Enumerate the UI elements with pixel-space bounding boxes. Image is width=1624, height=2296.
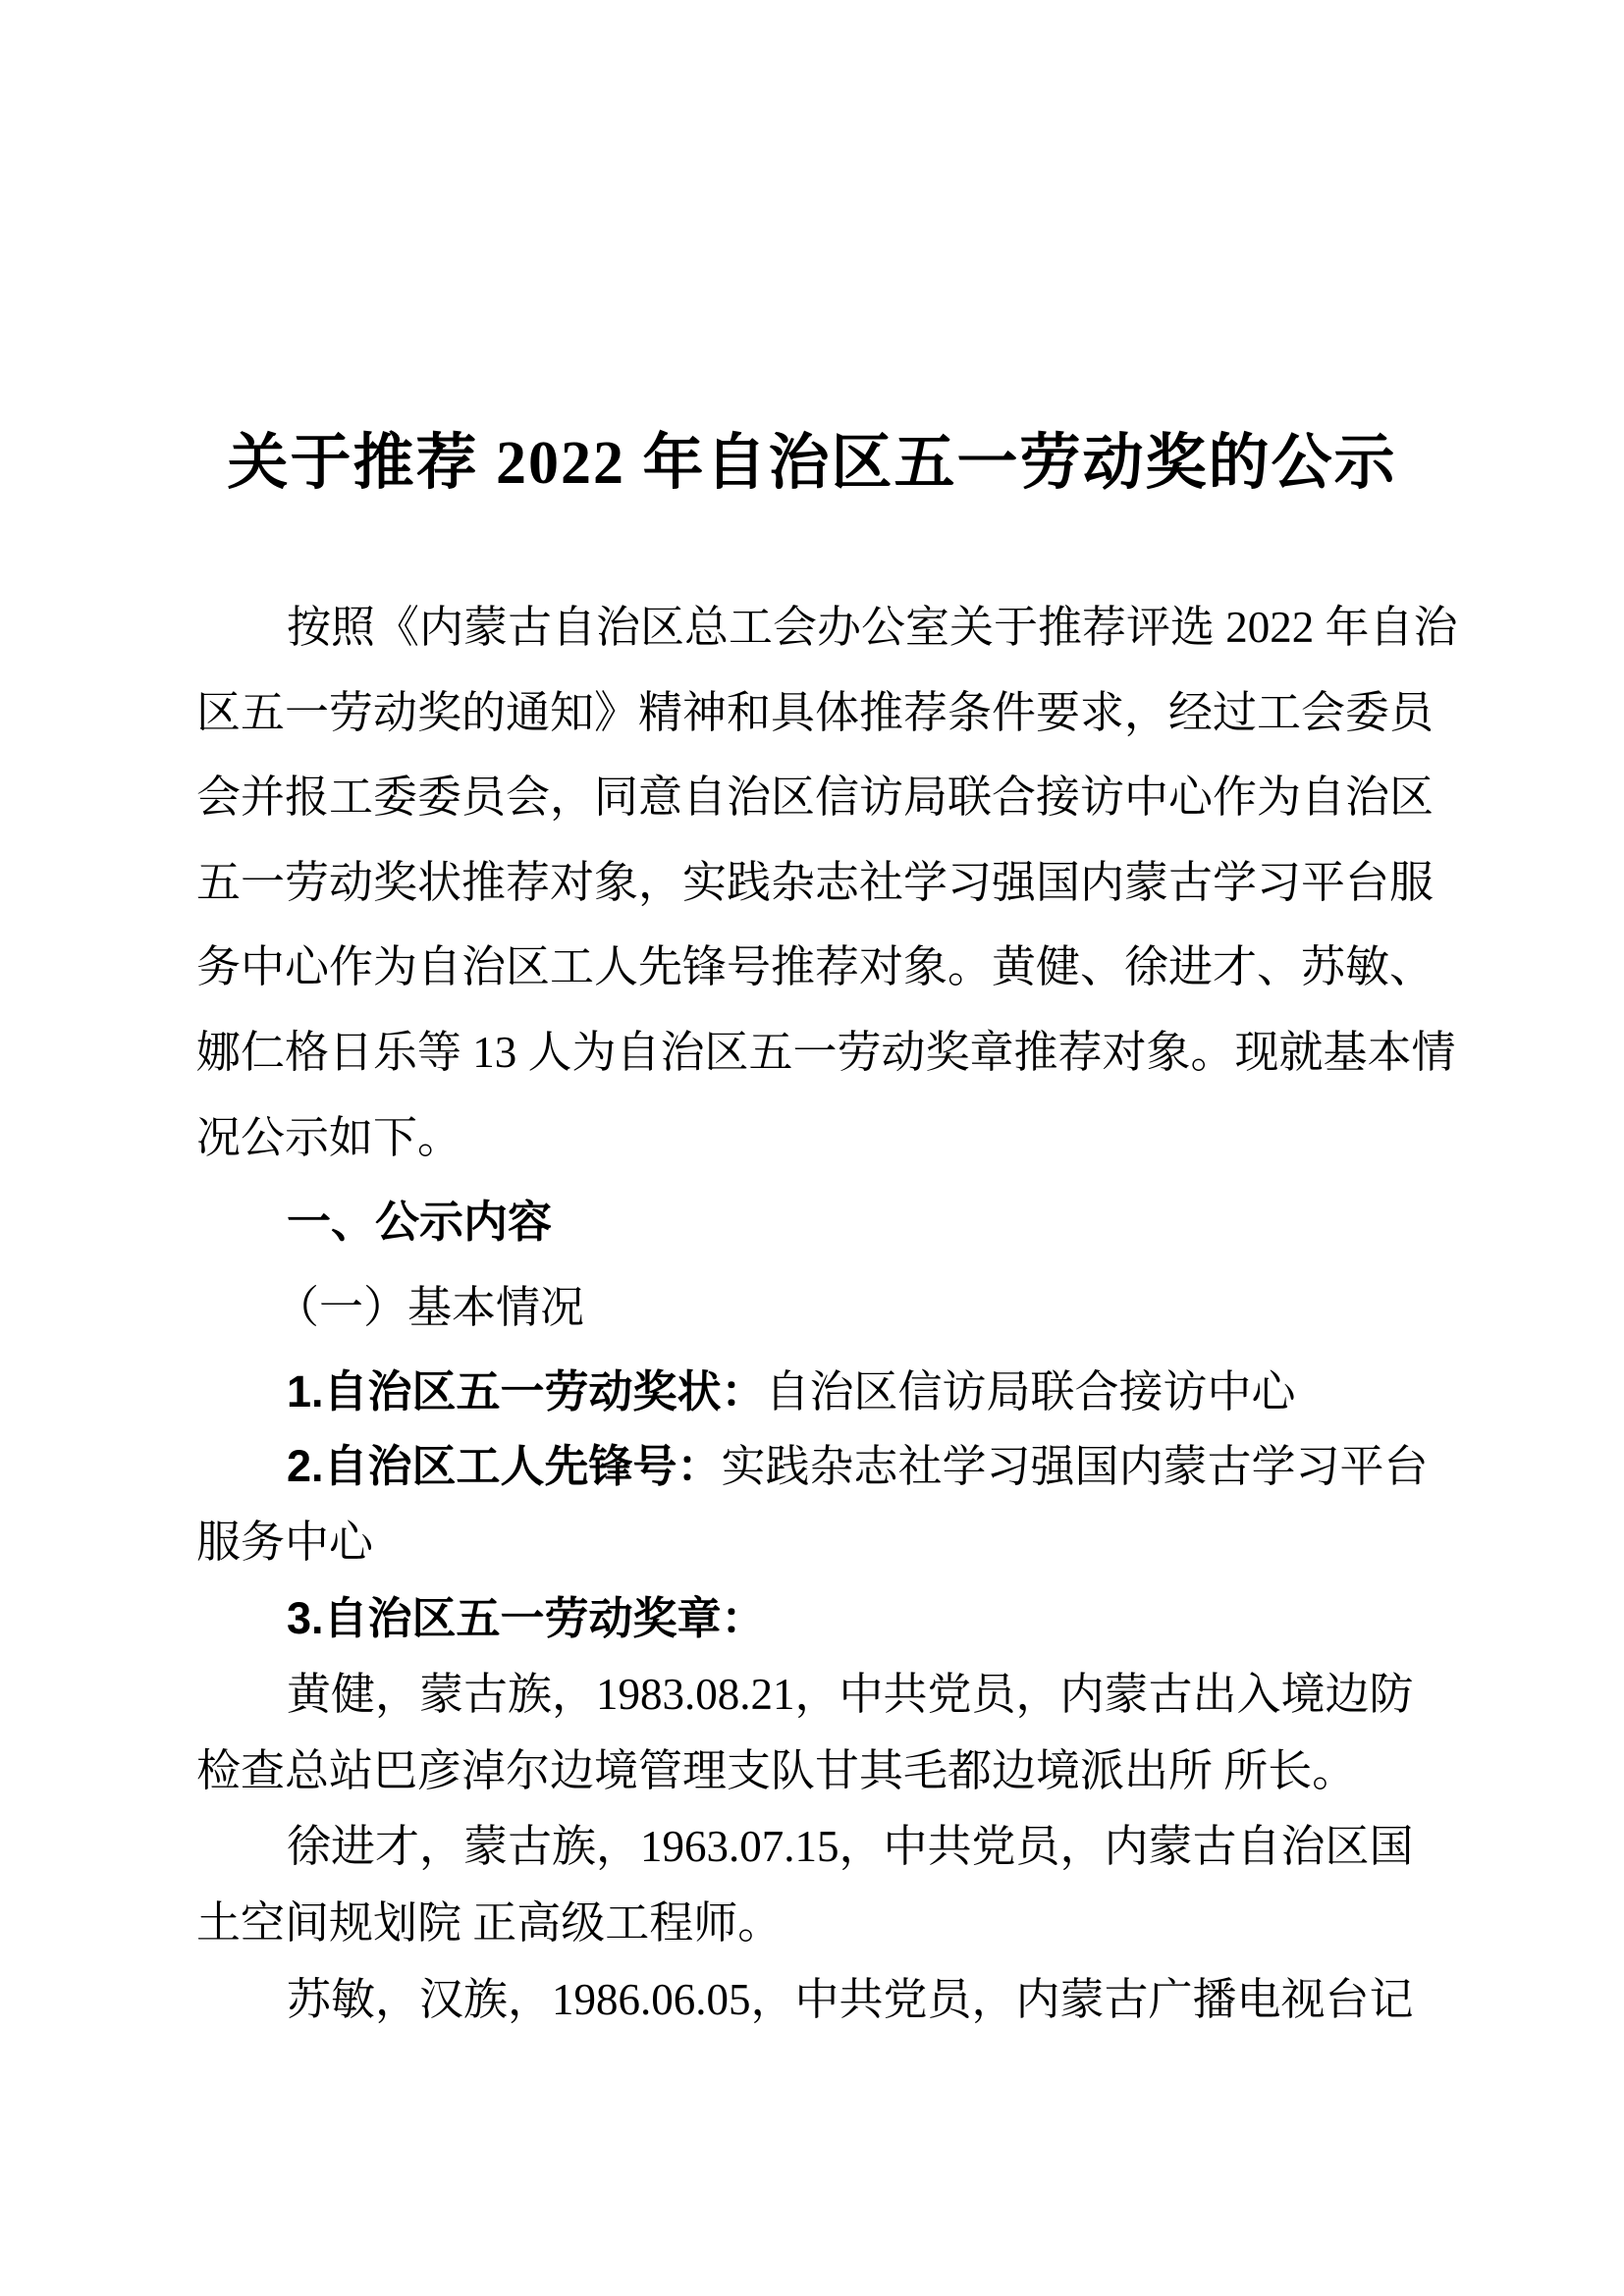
intro-paragraph-line-2: 区五一劳动奖的通知》精神和具体推荐条件要求，经过工会委员 [196,670,1430,756]
intro-paragraph-line-6: 娜仁格日乐等 13 人为自治区五一劳动奖章推荐对象。现就基本情 [196,1010,1430,1095]
medal-recipient-sumin-line-1: 苏敏，汉族，1986.06.05，中共党员，内蒙古广播电视台记 [196,1962,1430,2039]
intro-paragraph-line-5: 务中心作为自治区工人先锋号推荐对象。黄健、徐进才、苏敏、 [196,925,1430,1010]
intro-paragraph-line-1: 按照《内蒙古自治区总工会办公室关于推荐评选 2022 年自治 [196,585,1430,670]
award-item-medal: 3.自治区五一劳动奖章： [196,1580,1430,1657]
line-text: 苏敏，汉族，1986.06.05，中共党员，内蒙古广播电视台记 [287,1975,1414,2024]
subsection-heading-basic-info: （一）基本情况 [196,1265,1430,1351]
line-text: 娜仁格日乐等 13 人为自治区五一劳动奖章推荐对象。现就基本情 [196,1028,1456,1077]
line-text: 检查总站巴彦淖尔边境管理支队甘其毛都边境派出所 所长。 [196,1746,1356,1795]
section-heading-content: 一、公示内容 [196,1180,1430,1265]
award-item-pioneer: 2.自治区工人先锋号：实践杂志社学习强国内蒙古学习平台 [196,1428,1430,1505]
line-text: 黄健，蒙古族，1983.08.21，中共党员，内蒙古出入境边防 [287,1670,1414,1719]
award-item-value: 自治区信访局联合接访中心 [766,1367,1296,1416]
line-text: 区五一劳动奖的通知》精神和具体推荐条件要求，经过工会委员 [196,688,1434,737]
medal-recipient-xujincai-line-1: 徐进才，蒙古族，1963.07.15，中共党员，内蒙古自治区国 [196,1809,1430,1886]
award-item-label: 2.自治区工人先锋号： [287,1441,722,1491]
award-item-label: 1.自治区五一劳动奖状： [287,1366,766,1416]
document-body: 按照《内蒙古自治区总工会办公室关于推荐评选 2022 年自治 区五一劳动奖的通知… [196,585,1430,2038]
medal-recipient-huangjian-line-1: 黄健，蒙古族，1983.08.21，中共党员，内蒙古出入境边防 [196,1657,1430,1734]
page-title: 关于推荐 2022 年自治区五一劳动奖的公示 [0,428,1624,499]
award-item-certificate: 1.自治区五一劳动奖状：自治区信访局联合接访中心 [196,1350,1430,1435]
intro-paragraph-line-7: 况公示如下。 [196,1095,1430,1181]
line-text: 土空间规划院 正高级工程师。 [196,1898,782,1948]
line-text: （一）基本情况 [275,1283,584,1332]
line-text: 徐进才，蒙古族，1963.07.15，中共党员，内蒙古自治区国 [287,1822,1414,1871]
award-item-value: 实践杂志社学习强国内蒙古学习平台 [722,1442,1429,1491]
line-text: 按照《内蒙古自治区总工会办公室关于推荐评选 2022 年自治 [287,603,1458,652]
award-item-label: 3.自治区五一劳动奖章： [287,1593,766,1643]
award-item-pioneer-continuation: 服务中心 [196,1505,1430,1581]
line-text: 况公示如下。 [196,1113,461,1162]
intro-paragraph-line-4: 五一劳动奖状推荐对象，实践杂志社学习强国内蒙古学习平台服 [196,840,1430,926]
line-text: 会并报工委委员会，同意自治区信访局联合接访中心作为自治区 [196,773,1434,822]
intro-paragraph-line-3: 会并报工委委员会，同意自治区信访局联合接访中心作为自治区 [196,755,1430,840]
section-heading-text: 一、公示内容 [287,1197,552,1247]
line-text: 五一劳动奖状推荐对象，实践杂志社学习强国内蒙古学习平台服 [196,858,1434,907]
line-text: 务中心作为自治区工人先锋号推荐对象。黄健、徐进才、苏敏、 [196,942,1434,991]
medal-recipient-xujincai-line-2: 土空间规划院 正高级工程师。 [196,1886,1430,1962]
medal-recipient-huangjian-line-2: 检查总站巴彦淖尔边境管理支队甘其毛都边境派出所 所长。 [196,1734,1430,1810]
document-page: 关于推荐 2022 年自治区五一劳动奖的公示 按照《内蒙古自治区总工会办公室关于… [0,0,1624,2296]
intro-section: 按照《内蒙古自治区总工会办公室关于推荐评选 2022 年自治 区五一劳动奖的通知… [196,585,1430,1435]
details-section: 2.自治区工人先锋号：实践杂志社学习强国内蒙古学习平台 服务中心 3.自治区五一… [196,1428,1430,2039]
line-text: 服务中心 [196,1518,373,1567]
